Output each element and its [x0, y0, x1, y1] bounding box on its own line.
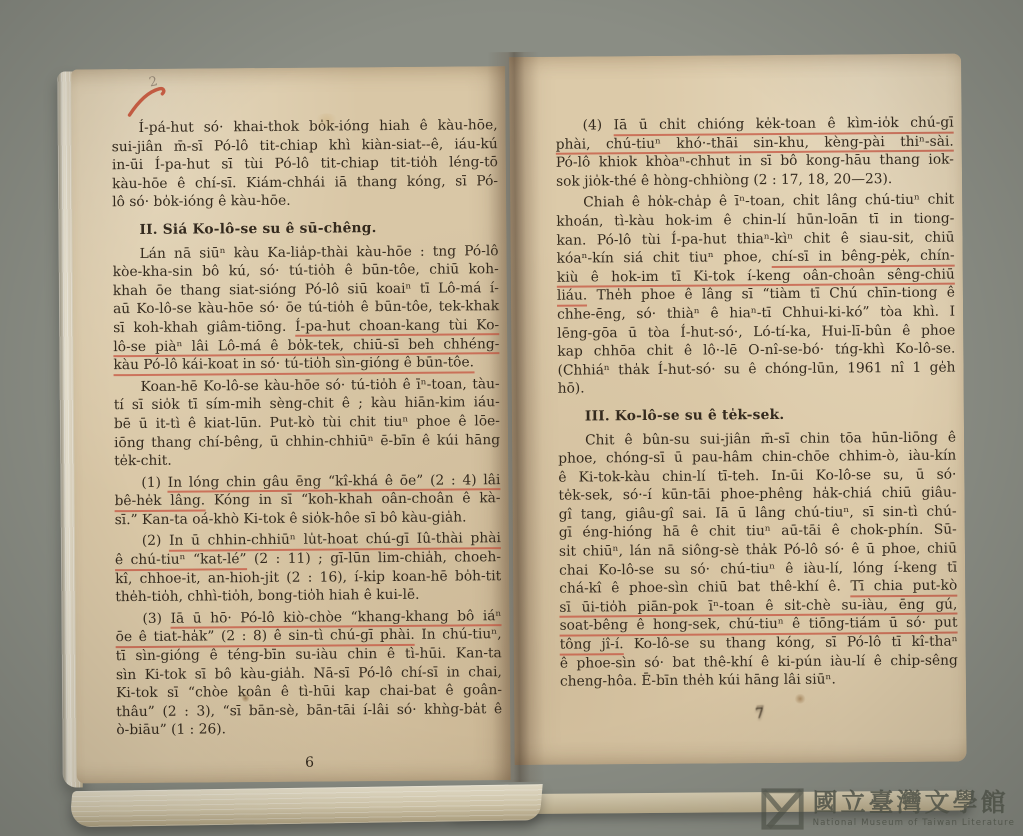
text-segment: lô só· bo̍k-ióng ê kàu-hōe.	[112, 193, 291, 210]
text-segment: in-ūi Í-pa-hut sī tùi Pó-lô tit-chiap ti…	[112, 154, 498, 173]
text-segment: (2 : 11) ; gī-lūn lim-chia̍h, choeh-	[246, 549, 501, 567]
text-segment: (1)	[141, 474, 167, 490]
text-line: iōng thang chí-bêng, ū chhin-chhiūⁿ ē-bī…	[114, 431, 500, 453]
section-heading: II. Siá Ko-lô-se su ê sū-chêng.	[112, 218, 498, 240]
text-segment: kàu-hōe ê chí-sī. Kiám-chhái iā thang kó…	[112, 173, 498, 192]
text-segment: kî, chhoe-it, an-hioh-ji̍t (2 : 16), í-k…	[115, 568, 501, 587]
text-segment: sī koh-khah giâm-tiōng.	[113, 319, 295, 336]
watermark: 國立臺灣文學館 National Museum of Taiwan Litera…	[760, 786, 1015, 832]
text-segment: Chiah ê ho̍k-cha̍p ê īⁿ-toan, chi̍t lâng…	[583, 192, 954, 211]
text-line: the̍h-tio̍h, chhì-tio̍h, bong-tio̍h hiah…	[115, 585, 501, 607]
text-segment: bē ū it-tì ê kiat-lūn. Put-kò tùi chit t…	[114, 413, 500, 432]
text-line: kàu Pó-lô kái-koat in só· tú-tio̍h sìn-g…	[113, 353, 499, 375]
text-line: bē ū it-tì ê kiat-lūn. Put-kò tùi chit t…	[114, 412, 500, 434]
text-segment: sui-jiân m̄-sī Pó-lô tit-chiap khì kiàn-…	[112, 136, 498, 155]
red-underlined-text: ê chú-tiuⁿ “kat-lé”	[115, 551, 247, 571]
text-segment: khah ōe thang siat-sióng Pó-lô siū koaiⁿ…	[113, 280, 499, 299]
text-segment: kan. Pó-lô tùi Í-pa-hut thiaⁿ-kìⁿ chit ê…	[556, 229, 954, 248]
red-underlined-text: bê-he̍k lâng.	[114, 493, 205, 512]
text-segment: gî tang, giâu-gî sai. Iā ū lâng chú-tiuⁿ…	[559, 503, 957, 522]
paragraph: Chiah ê ho̍k-cha̍p ê īⁿ-toan, chi̍t lâng…	[556, 191, 956, 399]
text-line: thâu” (2 : 3), “sī bān-sè, bān-tāi í-lâi…	[116, 700, 502, 722]
red-underlined-text: Í-pa-hut choan-kang tùi Ko-	[295, 317, 499, 337]
text-segment: Kóng in sī “koh-khah oân-choân ê kà-	[205, 490, 501, 508]
red-pen-mark-icon	[125, 83, 173, 125]
text-segment: gī éng-hióng hā ê chit tiuⁿ aū-tāi ê cho…	[559, 522, 957, 541]
text-segment: In chú-tiuⁿ,	[415, 627, 502, 644]
text-segment: te̍k-sek, só·-í kūn-tāi phoe-phêng ha̍k-…	[558, 485, 956, 504]
right-page-text: (4) Iā ū chi̍t chióng ke̍k-toan ê kìm-io…	[556, 114, 959, 692]
text-segment: Í-pá-hut só· khai-thok bo̍k-ióng hiah ê …	[139, 117, 498, 136]
text-line: sī koh-khah giâm-tiōng. Í-pa-hut choan-k…	[113, 316, 499, 338]
paragraph: (4) Iā ū chi̍t chióng ke̍k-toan ê kìm-io…	[556, 114, 955, 191]
text-line: hō).	[558, 377, 956, 399]
text-segment: chai Ko-lô-se su só· chú-tiuⁿ ê iàu-lí, …	[559, 559, 957, 578]
text-segment: the̍h-tio̍h, chhì-tio̍h, bong-tio̍h hiah…	[115, 587, 419, 605]
text-segment: kóaⁿ-kín siá chit tiuⁿ phoe,	[557, 249, 772, 267]
text-segment: Lán nā siūⁿ kàu Ka-lia̍p-thài kàu-hōe : …	[140, 243, 499, 262]
section-heading: III. Ko-lô-se su ê te̍k-sek.	[558, 404, 956, 426]
page-number-right: 7	[560, 704, 958, 723]
text-segment: chhe-ēng, só· thiàⁿ ê hiaⁿ-tī Chhui-ki-k…	[557, 304, 955, 323]
paragraph: Í-pá-hut só· khai-thok bo̍k-ióng hiah ê …	[112, 116, 499, 212]
red-underlined-text: Tī chia put-kò	[850, 578, 957, 597]
text-segment: Ki-tok sī “chòe koân ê tì-hūi kap chai-b…	[116, 682, 502, 701]
text-segment: chá-kî ê phoe-sìn chiū bat thê-khí ê.	[559, 579, 850, 597]
text-segment: (2)	[142, 533, 169, 549]
left-page-text: Í-pá-hut só· khai-thok bo̍k-ióng hiah ê …	[112, 116, 503, 740]
text-line: ò-biāu” (1 : 26).	[116, 719, 502, 741]
text-segment: lēng-gōa ū tòa Í-hut-só·, Ló-tí-ka, Hui-…	[557, 322, 955, 341]
text-segment: hō).	[558, 381, 585, 397]
text-segment: Koan-hē Ko-lô-se kàu-hōe só· tú-tio̍h ê …	[141, 376, 500, 395]
text-segment: The̍h phoe ê lâng sī “tiàm tī Chú chīn-t…	[587, 285, 955, 304]
paragraph: (3) Iā ū hō· Pó-lô kiò-chòe “khang-khang…	[115, 607, 502, 740]
text-segment: Pó-lô khiok khòaⁿ-chhut in sī bô kong-hā…	[556, 152, 954, 171]
red-underlined-text: chí-sī in bêng-pe̍k, chín-	[772, 248, 955, 268]
paragraph: Koan-hē Ko-lô-se kàu-hōe só· tú-tio̍h ê …	[114, 375, 501, 471]
watermark-title: 國立臺灣文學館	[813, 790, 1015, 816]
text-line: (Chhiáⁿ tha̍k Í-hut-só· su ê chóng-lūn, …	[557, 358, 955, 380]
watermark-subtitle: National Museum of Taiwan Literature	[813, 818, 1015, 828]
text-line: tī sìn-gióng ê téng-bīn su-iàu chin ê tì…	[116, 644, 502, 666]
red-underlined-text: liáu.	[557, 288, 587, 307]
text-segment: aū Ko-lô-se kàu-hōe só· ōe tú-tio̍h ê bū…	[113, 298, 499, 317]
text-line: te̍k-chit.	[114, 449, 500, 471]
text-segment: kòe-kha-sin bô kú, só· tú-tio̍h ê būn-tô…	[113, 261, 499, 280]
text-segment: iōng thang chí-bêng, ū chhin-chhiūⁿ ē-bī…	[114, 432, 500, 451]
text-segment: ê Ki-tok-kàu chin-lí tī-teh. In-ūi Ko-lô…	[558, 466, 956, 485]
paragraph: (1) In lóng chin gâu ēng “kî-khá ê ōe” (…	[114, 471, 500, 530]
text-line: cheng-hôa. Ē-bīn the̍h kúi hāng lâi siūⁿ…	[560, 670, 958, 692]
paragraph: Chit ê bûn-su sui-jiân m̄-sī chin tōa hū…	[558, 428, 958, 691]
text-segment: (Chhiáⁿ tha̍k Í-hut-só· su ê chóng-lūn, …	[557, 359, 955, 378]
text-segment: cheng-hôa. Ē-bīn the̍h kúi hāng lâi siūⁿ…	[560, 672, 836, 690]
text-segment: (3)	[142, 611, 170, 627]
text-line: ê phoe-sìn só· bat thê-khí ê ki-pún iàu-…	[560, 651, 958, 673]
text-segment: sok jio̍k-thé ê hòng-chhiòng (2 : 17, 18…	[556, 171, 892, 190]
text-line: lô só· bo̍k-ióng ê kàu-hōe.	[112, 191, 498, 213]
text-line: kî, chhoe-it, an-hioh-ji̍t (2 : 16), í-k…	[115, 567, 501, 589]
page-number-left: 6	[117, 753, 503, 772]
text-segment: ò-biāu” (1 : 26).	[116, 722, 226, 739]
text-segment: (4)	[583, 117, 614, 133]
text-line: sī.” Kan-ta oá-khò Ki-tok ê sio̍k-hôe sī…	[115, 508, 501, 530]
text-line: kàu-hōe ê chí-sī. Kiám-chhái iā thang kó…	[112, 172, 498, 194]
text-segment: kap chhōa chi̍t ê lô·-lē O-nî-se-bó· tńg…	[557, 341, 955, 360]
text-segment: te̍k-chit.	[114, 453, 172, 469]
text-line: sok jio̍k-thé ê hòng-chhiòng (2 : 17, 18…	[556, 169, 954, 191]
book-scan-photo: Í-pá-hut só· khai-thok bo̍k-ióng hiah ê …	[0, 0, 1023, 836]
text-line: chhe-ēng, só· thiàⁿ ê hiaⁿ-tī Chhui-ki-k…	[557, 303, 955, 325]
watermark-text: 國立臺灣文學館 National Museum of Taiwan Litera…	[813, 790, 1015, 828]
text-segment: phoe, chóng-sī ū pau-hâm chin-chōe chhim…	[558, 448, 956, 467]
right-page: (4) Iā ū chi̍t chióng ke̍k-toan ê kìm-io…	[509, 54, 967, 766]
red-underlined-text: kàu Pó-lô kái-koat in só· tú-tio̍h sìn-g…	[113, 354, 474, 375]
red-underlined-text: tông jî-í.	[560, 636, 624, 655]
left-page: Í-pá-hut só· khai-thok bo̍k-ióng hiah ê …	[71, 66, 511, 783]
text-line: khoán, tì-kàu hok-im ê chin-lí hūn-loān …	[556, 210, 954, 232]
open-book: Í-pá-hut só· khai-thok bo̍k-ióng hiah ê …	[63, 48, 975, 811]
text-segment: thâu” (2 : 3), “sī bān-sè, bān-tāi í-lâi…	[116, 701, 502, 720]
text-segment: tī sìn-gióng ê téng-bīn su-iàu chin ê tì…	[116, 645, 502, 664]
paragraph: (2) In ū chhin-chhiūⁿ lu̍t-hoat chú-gī I…	[115, 530, 502, 607]
text-segment: ê phoe-sìn só· bat thê-khí ê ki-pún iàu-…	[560, 652, 958, 671]
text-segment: Ko-lô-se su thang kóng, sī Pó-lô tī kî-t…	[624, 634, 958, 653]
text-segment: Chit ê bûn-su sui-jiân m̄-sī chin tōa hū…	[585, 429, 956, 448]
text-segment: tí sī sio̍k tī sím-mi̍h sèng-chit ê ; kà…	[114, 394, 500, 413]
text-line: Pó-lô khiok khòaⁿ-chhut in sī bô kong-hā…	[556, 151, 954, 173]
paragraph: Lán nā siūⁿ kàu Ka-lia̍p-thài kàu-hōe : …	[113, 242, 500, 375]
text-segment: si̍t chiūⁿ, lán nā siông-sè tha̍k Pó-lô …	[559, 541, 957, 560]
text-segment: sī.” Kan-ta oá-khò Ki-tok ê sio̍k-hôe sī…	[115, 509, 467, 528]
text-segment: sìn Ki-tok sī bô kàu-gia̍h. Nā-sī Pó-lô …	[116, 664, 502, 683]
text-segment: khoán, tì-kàu hok-im ê chin-lí hūn-loān …	[556, 211, 954, 230]
nmtl-seal-icon	[760, 786, 806, 832]
page-stack-bottom-edge	[69, 784, 543, 827]
